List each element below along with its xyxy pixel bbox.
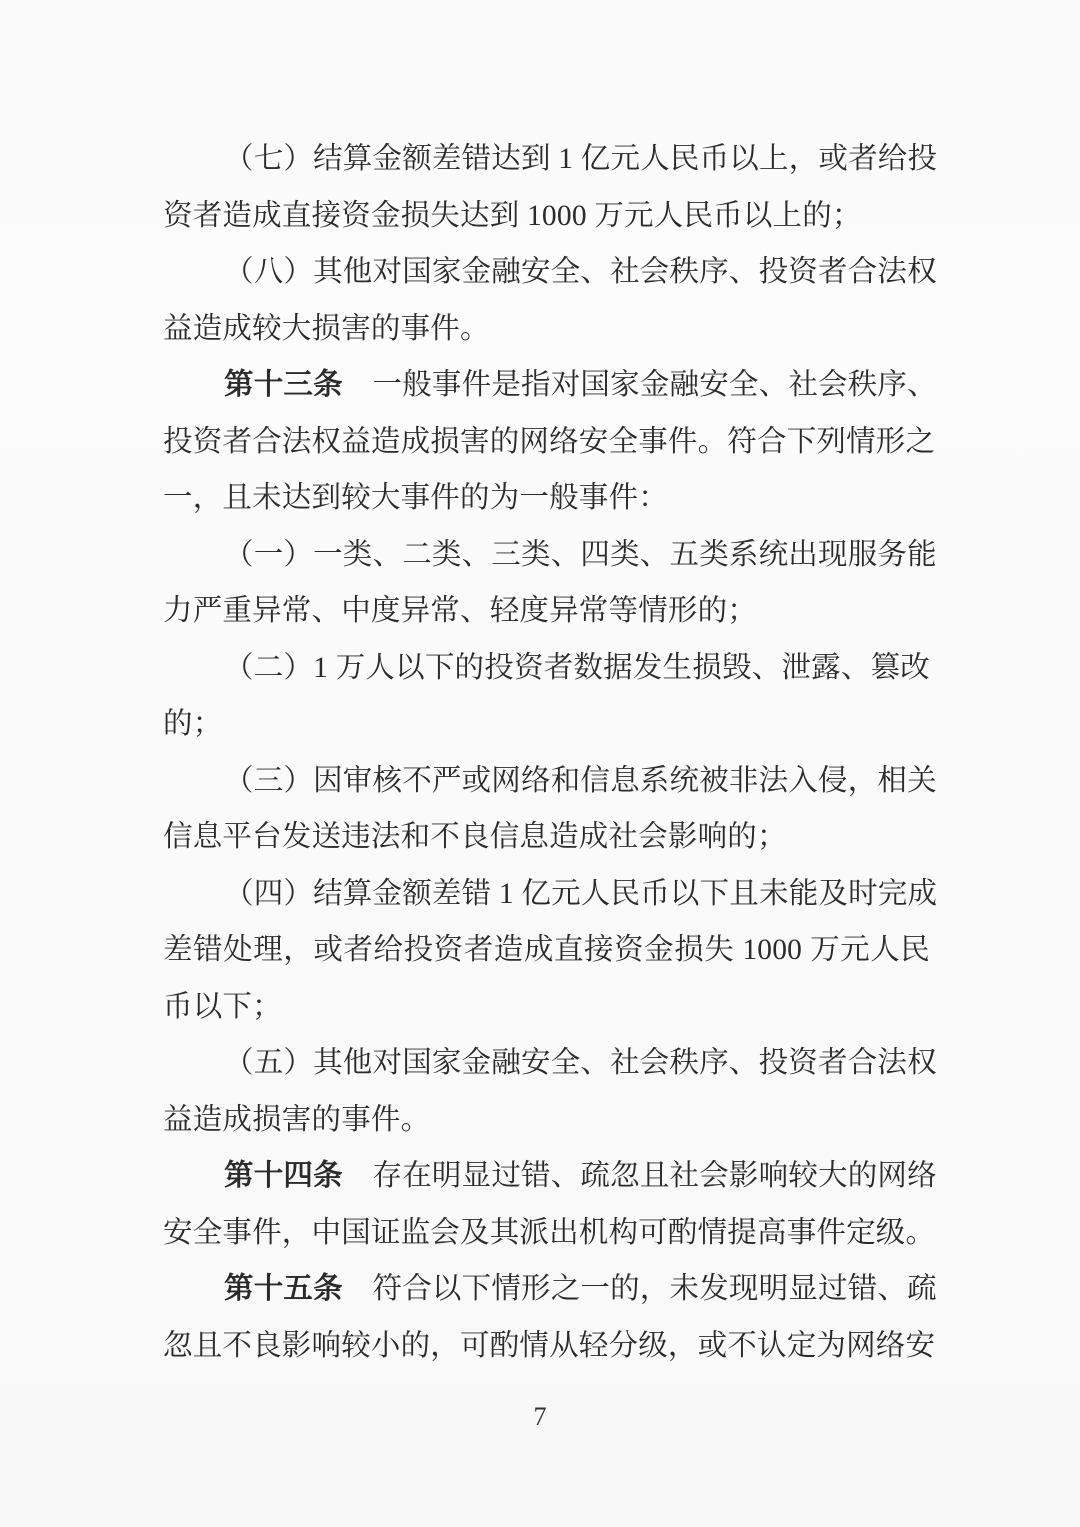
- text-line: 差错处理，或者给投资者造成直接资金损失 1000 万元人民: [163, 922, 930, 979]
- page-number: 7: [0, 1401, 1080, 1433]
- text-line: 第十三条 一般事件是指对国家金融安全、社会秩序、: [163, 357, 930, 414]
- text-line: 第十五条 符合以下情形之一的，未发现明显过错、疏: [163, 1261, 930, 1318]
- text-line: 信息平台发送违法和不良信息造成社会影响的；: [163, 809, 930, 866]
- text-line: 第十四条 存在明显过错、疏忽且社会影响较大的网络: [163, 1148, 930, 1205]
- text-line: 的；: [163, 696, 930, 753]
- text-line: （二）1 万人以下的投资者数据发生损毁、泄露、篡改: [163, 640, 930, 697]
- article-number: 第十五条: [224, 1273, 343, 1305]
- text-line: 力严重异常、中度异常、轻度异常等情形的；: [163, 583, 930, 640]
- document-body: （七）结算金额差错达到 1 亿元人民币以上，或者给投资者造成直接资金损失达到 1…: [163, 131, 930, 1374]
- text-line: 一，且未达到较大事件的为一般事件：: [163, 470, 930, 527]
- text-line: （一）一类、二类、三类、四类、五类系统出现服务能: [163, 527, 930, 584]
- article-number: 第十四条: [224, 1160, 343, 1192]
- text-line: 忽且不良影响较小的，可酌情从轻分级，或不认定为网络安: [163, 1318, 930, 1375]
- text-line: （八）其他对国家金融安全、社会秩序、投资者合法权: [163, 244, 930, 301]
- article-number: 第十三条: [224, 369, 343, 401]
- text-line: （四）结算金额差错 1 亿元人民币以下且未能及时完成: [163, 866, 930, 923]
- text-line: 资者造成直接资金损失达到 1000 万元人民币以上的；: [163, 188, 930, 245]
- document-page: （七）结算金额差错达到 1 亿元人民币以上，或者给投资者造成直接资金损失达到 1…: [0, 0, 1080, 1527]
- text-line: 益造成损害的事件。: [163, 1092, 930, 1149]
- text-line: 益造成较大损害的事件。: [163, 301, 930, 358]
- text-line: （七）结算金额差错达到 1 亿元人民币以上，或者给投: [163, 131, 930, 188]
- text-line: 安全事件，中国证监会及其派出机构可酌情提高事件定级。: [163, 1205, 930, 1262]
- text-line: 币以下；: [163, 979, 930, 1036]
- text-line: （三）因审核不严或网络和信息系统被非法入侵，相关: [163, 753, 930, 810]
- text-line: 投资者合法权益造成损害的网络安全事件。符合下列情形之: [163, 414, 930, 471]
- text-line: （五）其他对国家金融安全、社会秩序、投资者合法权: [163, 1035, 930, 1092]
